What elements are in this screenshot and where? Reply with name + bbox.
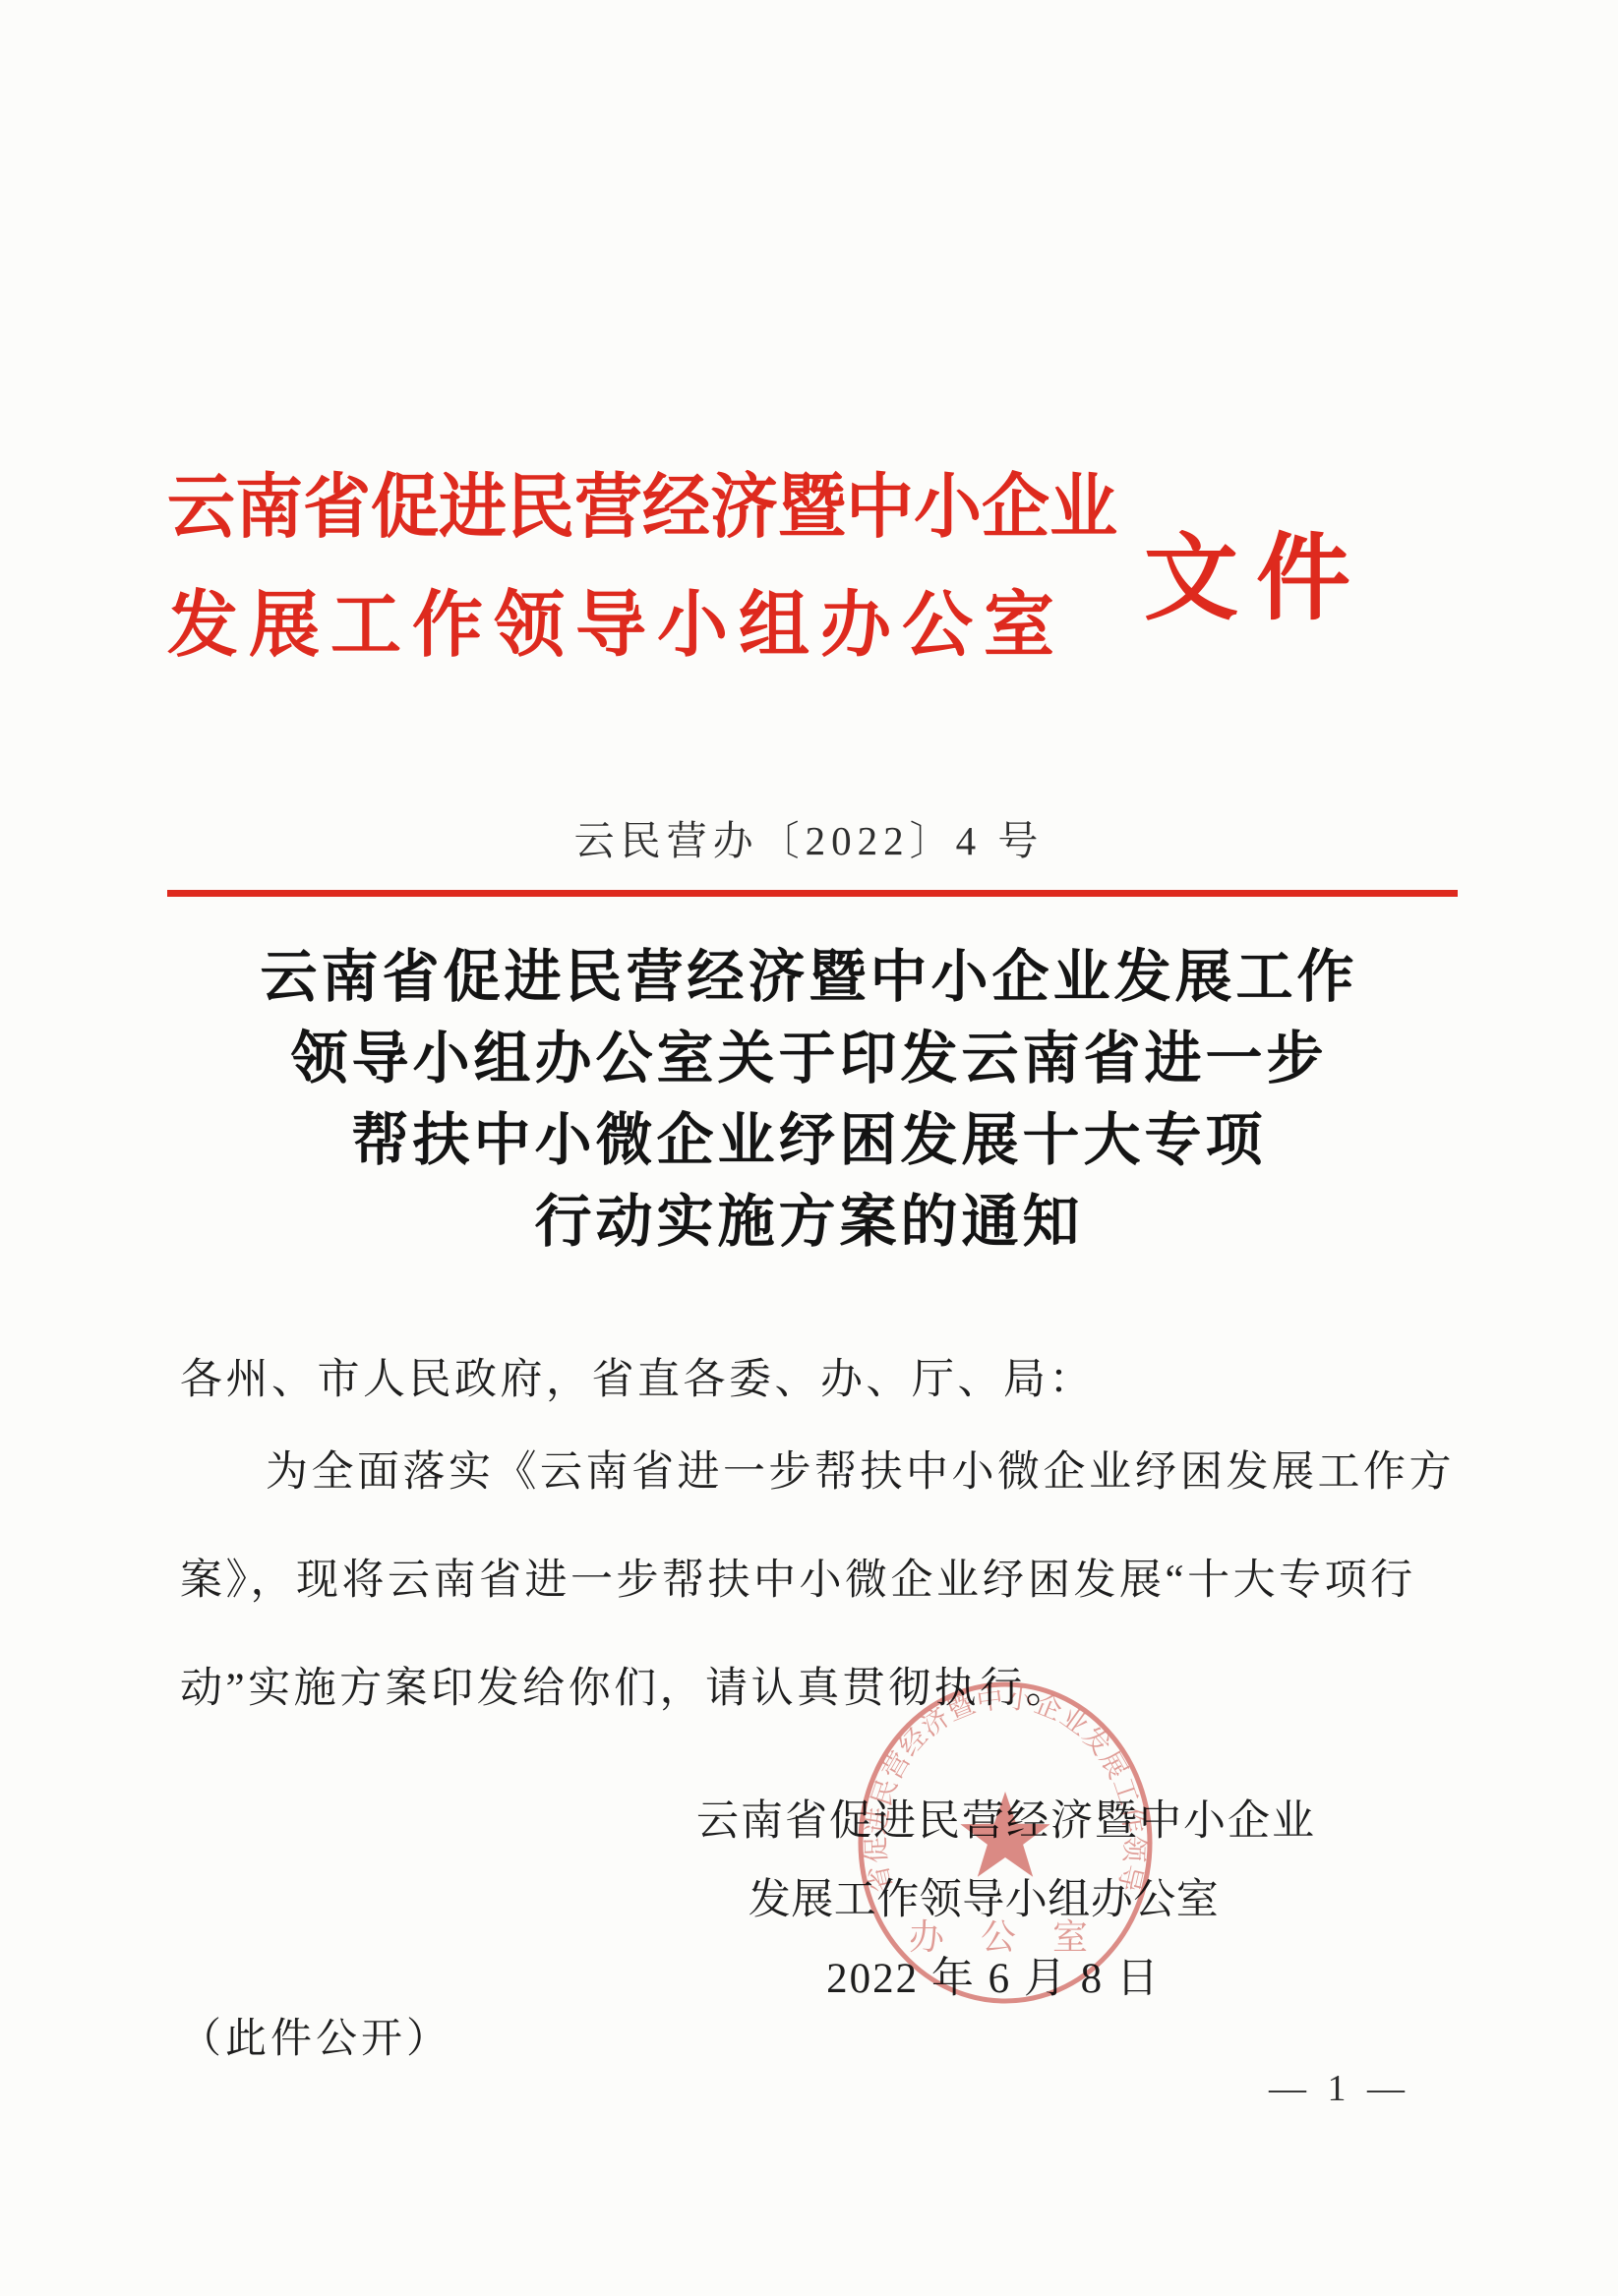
title-line-1: 云南省促进民营经济暨中小企业发展工作 [0, 936, 1618, 1018]
title-line-2: 领导小组办公室关于印发云南省进一步 [0, 1018, 1618, 1099]
letterhead-org-line2: 发展工作领导小组办公室 [167, 585, 1054, 666]
document-page: 云南省促进民营经济暨中小企业 发展工作领导小组办公室 文件 云民营办〔2022〕… [0, 0, 1618, 2296]
red-divider-rule [167, 890, 1458, 897]
title-line-3: 帮扶中小微企业纾困发展十大专项 [0, 1099, 1618, 1181]
paragraph-line-3: 动”实施方案印发给你们，请认真贯彻执行。 [180, 1664, 1071, 1715]
salutation-line: 各州、市人民政府，省直各委、办、厅、局： [180, 1355, 1095, 1406]
letterhead-org-line1: 云南省促进民营经济暨中小企业 [167, 468, 1054, 546]
doc-number: 云民营办〔2022〕4 号 [0, 808, 1618, 866]
document-title: 云南省促进民营经济暨中小企业发展工作 领导小组办公室关于印发云南省进一步 帮扶中… [0, 936, 1618, 1263]
title-line-4: 行动实施方案的通知 [0, 1181, 1618, 1263]
signature-org-line2: 发展工作领导小组办公室 [639, 1866, 1328, 1926]
signature-date: 2022 年 6 月 8 日 [649, 1945, 1338, 2005]
paragraph-line-2: 案》，现将云南省进一步帮扶中小微企业纾困发展“十大专项行 [180, 1556, 1416, 1607]
public-disclosure-note: （此件公开） [180, 2006, 451, 2065]
page-number: — 1 — [1269, 2067, 1410, 2110]
paragraph-line-1: 为全面落实《云南省进一步帮扶中小微企业纾困发展工作方 [266, 1447, 1455, 1499]
letterhead-doc-type-label: 文件 [1144, 503, 1368, 638]
signature-org-line1: 云南省促进民营经济暨中小企业 [662, 1788, 1350, 1848]
